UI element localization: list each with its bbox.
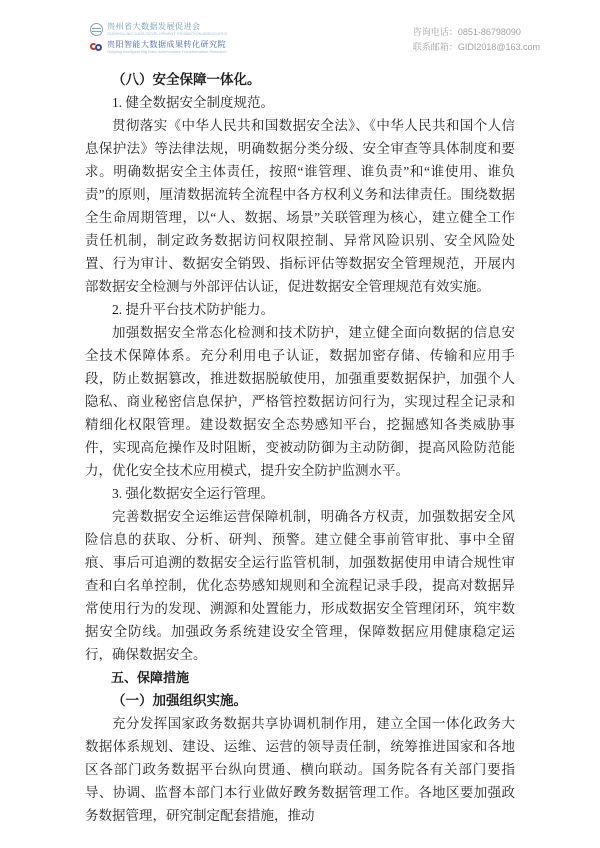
contact-email-label: 联系邮箱： <box>413 42 458 52</box>
item-heading-2: 2. 提升平台技术防护能力。 <box>85 298 515 321</box>
paragraph-item-1: 贯彻落实《中华人民共和国数据安全法》、《中华人民共和国个人信息保护法》等法律法规… <box>85 114 515 298</box>
association-logo-title: 贵州省大数据发展促进会 <box>107 22 227 31</box>
contact-email-row: 联系邮箱：GIDI2018@163.com <box>413 40 540 55</box>
item-heading-3: 3. 强化数据安全运行管理。 <box>85 482 515 505</box>
paragraph-item-3: 完善数据安全运维运营保障机制，明确各方权责，加强数据安全风险信息的获取、分析、研… <box>85 505 515 666</box>
swirl-logo-icon <box>90 41 103 54</box>
institute-logo: 贵阳智能大数据成果转化研究院 Guiyang Intelligent Big D… <box>90 40 227 54</box>
sub-heading-1: （一）加强组织实施。 <box>85 689 515 712</box>
paragraph-item-2: 加强数据安全常态化检测和技术防护，建立健全面向数据的信息安全技术保障体系。充分利… <box>85 321 515 482</box>
document-body: （八）安全保障一体化。 1. 健全数据安全制度规范。 贯彻落实《中华人民共和国数… <box>85 68 515 827</box>
contact-email-value: GIDI2018@163.com <box>458 42 540 52</box>
contact-phone-label: 咨询电话： <box>413 27 458 37</box>
association-logo-subtitle: GUIZHOU BIG DATA DEVELOPMENT PROMOTION A… <box>107 31 227 36</box>
section-heading-5: 五、保障措施 <box>85 666 515 689</box>
section-heading-8: （八）安全保障一体化。 <box>85 68 515 91</box>
item-heading-1: 1. 健全数据安全制度规范。 <box>85 91 515 114</box>
document-page: 贵州省大数据发展促进会 GUIZHOU BIG DATA DEVELOPMENT… <box>0 0 600 848</box>
association-logo: 贵州省大数据发展促进会 GUIZHOU BIG DATA DEVELOPMENT… <box>90 22 227 36</box>
contact-info: 咨询电话：0851-86798090 联系邮箱：GIDI2018@163.com <box>413 25 540 55</box>
letterhead: 贵州省大数据发展促进会 GUIZHOU BIG DATA DEVELOPMENT… <box>90 22 227 54</box>
institute-logo-title: 贵阳智能大数据成果转化研究院 <box>107 40 227 49</box>
globe-logo-icon <box>90 23 103 36</box>
page-number: 92 <box>0 784 600 796</box>
paragraph-sub-1: 充分发挥国家政务数据共享协调机制作用，建立全国一体化政务大数据体系规划、建设、运… <box>85 712 515 827</box>
contact-phone-row: 咨询电话：0851-86798090 <box>413 25 540 40</box>
contact-phone-value: 0851-86798090 <box>458 27 521 37</box>
institute-logo-subtitle: Guiyang Intelligent Big Data Achievement… <box>107 49 227 54</box>
